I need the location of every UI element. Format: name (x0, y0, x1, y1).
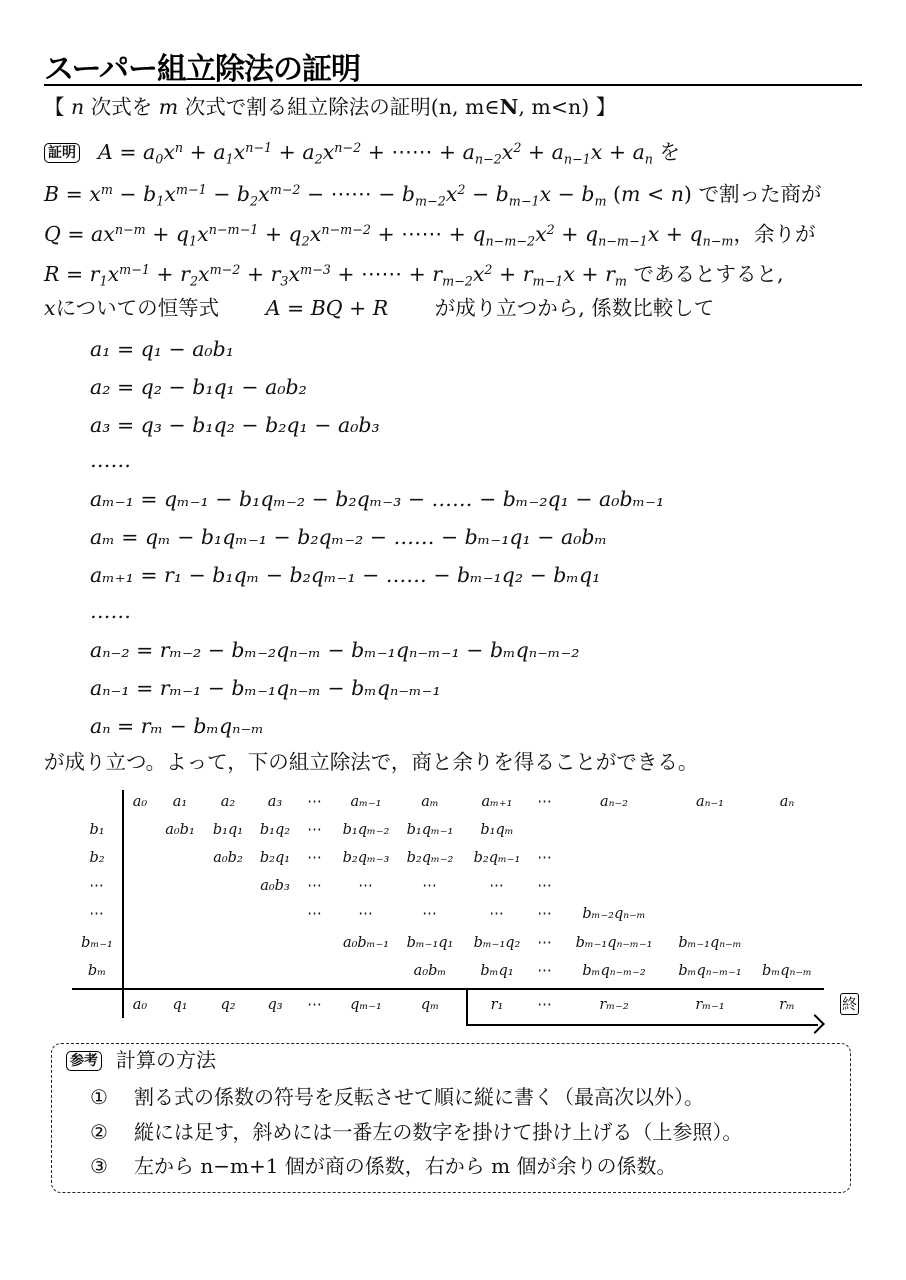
table-cell: q₁ (172, 997, 187, 1013)
table-cell: r₁ (491, 997, 504, 1013)
row-label: bₘ₋₁ (81, 935, 113, 951)
item-number: ① (90, 1083, 134, 1111)
line-Q: Q = axn−m + q1xn−m−1 + q2xn−m−2 + ⋯⋯ + q… (44, 215, 815, 256)
table-cell: b₁qₘ (480, 822, 513, 838)
remainder-bracket-bottom (466, 1024, 818, 1026)
table-cell: a₀ (133, 794, 147, 810)
table-cell: b₁q₁ (213, 822, 243, 838)
arrow-right-icon (805, 1014, 825, 1034)
table-cell: b₂qₘ₋₂ (407, 850, 454, 866)
subtitle-text-2: 次式で割る組立除法の証明 (178, 95, 431, 119)
row-label: b₂ (89, 850, 104, 866)
table-cell: ⋯ (307, 850, 323, 866)
line-identity: xについての恒等式 A = BQ + R が成り立つから, 係数比較して (44, 293, 714, 323)
equation-n: aₙ = rₘ − bₘqₙ₋ₘ (90, 711, 264, 741)
table-cell: ⋯ (422, 878, 438, 894)
identity-equation: A = BQ + R (266, 296, 389, 320)
table-cell: bₘ₋₁qₙ₋ₘ₋₁ (576, 935, 653, 951)
bracket-close: 】 (596, 95, 617, 119)
table-cell: ⋯ (537, 963, 553, 979)
table-cell: a₃ (268, 794, 282, 810)
table-cell: ⋯ (307, 794, 323, 810)
row-label: b₁ (89, 822, 104, 838)
table-cell: ⋯ (537, 794, 553, 810)
table-cell: a₀b₁ (165, 822, 195, 838)
table-cell: aₙ₋₁ (696, 794, 724, 810)
equation-ellipsis-2: …… (90, 596, 131, 626)
table-cell: a₀ (133, 997, 147, 1013)
title-underline (44, 84, 862, 86)
table-cell: a₀b₂ (213, 850, 243, 866)
proof-badge: 証明 (44, 143, 80, 163)
line-Q-tail: ，余りが (733, 222, 815, 246)
table-cell: a₂ (221, 794, 235, 810)
table-cell: ⋯ (537, 935, 553, 951)
table-cell: b₂qₘ₋₁ (474, 850, 521, 866)
table-cell: bₘqₙ₋ₘ₋₂ (582, 963, 645, 979)
table-cell: rₘ₋₁ (695, 997, 724, 1013)
equation-2: a₂ = q₂ − b₁q₁ − a₀b₂ (90, 372, 307, 402)
table-cell: b₂q₁ (260, 850, 290, 866)
table-cell: b₁qₘ₋₁ (407, 822, 454, 838)
equation-n-minus-2: aₙ₋₂ = rₘ₋₂ − bₘ₋₂qₙ₋ₘ − bₘ₋₁qₙ₋ₘ₋₁ − bₘ… (90, 635, 580, 665)
table-cell: rₘ (779, 997, 795, 1013)
table-cell: aₙ (780, 794, 795, 810)
table-cell: q₃ (267, 997, 282, 1013)
table-cell: ⋯ (307, 997, 323, 1013)
subtitle-cond: (n, m∈ (431, 95, 500, 119)
natural-numbers-symbol: N (500, 95, 519, 119)
table-cell: ⋯ (489, 906, 505, 922)
page-title: スーパー組立除法の証明 (44, 44, 360, 88)
table-cell: ⋯ (422, 906, 438, 922)
table-cell: b₁qₘ₋₂ (343, 822, 390, 838)
row-label: bₘ (88, 963, 106, 979)
equation-ellipsis-1: …… (90, 445, 131, 475)
table-cell: ⋯ (489, 878, 505, 894)
conclusion: が成り立つ。よって，下の組立除法で，商と余りを得ることができる。 (44, 747, 698, 777)
remainder-bracket-left (466, 988, 468, 1026)
table-cell: ⋯ (358, 906, 374, 922)
equation-3: a₃ = q₃ − b₁q₂ − b₂q₁ − a₀b₃ (90, 410, 380, 440)
table-cell: bₘqₙ₋ₘ₋₁ (678, 963, 741, 979)
table-cell: ⋯ (537, 906, 553, 922)
reference-badge: 参考 (66, 1051, 102, 1071)
line-B: B = xm − b1xm−1 − b2xm−2 − ⋯⋯ − bm−2x2 −… (44, 175, 821, 216)
table-cell: bₘ₋₁q₂ (474, 935, 521, 951)
reference-item-2: ②縦には足す，斜めには一番左の数字を掛けて掛け上げる（上参照）。 (90, 1118, 742, 1146)
reference-heading-text: 計算の方法 (116, 1048, 216, 1072)
table-cell: q₂ (220, 997, 235, 1013)
table-cell: bₘ₋₁qₙ₋ₘ (678, 935, 741, 951)
table-cell: ⋯ (307, 906, 323, 922)
identity-post: が成り立つから, 係数比較して (435, 296, 715, 320)
identity-pre: についての恒等式 (56, 296, 220, 320)
table-cell: a₀bₘ₋₁ (343, 935, 389, 951)
table-cell: qₘ (421, 997, 439, 1013)
table-cell: ⋯ (537, 850, 553, 866)
reference-item-3: ③左から n−m+1 個が商の係数，右から m 個が余りの係数。 (90, 1152, 676, 1180)
table-cell: a₀bₘ (414, 963, 447, 979)
table-cell: bₘ₋₁q₁ (407, 935, 454, 951)
row-label: ⋯ (89, 906, 105, 922)
table-cell: a₀b₃ (260, 878, 290, 894)
table-cell: aₘ₊₁ (481, 794, 512, 810)
equation-1: a₁ = q₁ − a₀b₁ (90, 334, 234, 364)
table-cell: ⋯ (537, 997, 553, 1013)
table-cell: aₘ (421, 794, 439, 810)
table-cell: ⋯ (358, 878, 374, 894)
row-label: ⋯ (89, 878, 105, 894)
line-R-tail: であるとすると, (627, 262, 784, 286)
line-B-tail: で割った商が (692, 182, 822, 206)
subtitle: 【 n 次式を m 次式で割る組立除法の証明(n, m∈N, m<n) 】 (44, 92, 616, 122)
equation-m-minus-1: aₘ₋₁ = qₘ₋₁ − b₁qₘ₋₂ − b₂qₘ₋₃ − …… − bₘ₋… (90, 484, 664, 514)
reference-heading: 参考計算の方法 (66, 1046, 216, 1074)
line-R: R = r1xm−1 + r2xm−2 + r3xm−3 + ⋯⋯ + rm−2… (44, 255, 784, 296)
bracket-open: 【 (44, 95, 65, 119)
table-cell: a₁ (173, 794, 187, 810)
subtitle-cond-2: , m<n) (518, 95, 589, 119)
var-n: n (71, 95, 84, 119)
table-cell: b₂qₘ₋₃ (343, 850, 390, 866)
end-badge: 終 (840, 993, 859, 1015)
table-vertical-rule (122, 790, 124, 1018)
table-horizontal-rule (72, 988, 824, 990)
reference-item-1: ①割る式の係数の符号を反転させて順に縦に書く（最高次以外）。 (90, 1083, 704, 1111)
table-cell: b₁q₂ (260, 822, 290, 838)
table-cell: rₘ₋₂ (599, 997, 628, 1013)
table-cell: ⋯ (537, 878, 553, 894)
subtitle-text-1: 次式を (84, 95, 159, 119)
var-m: m (159, 95, 178, 119)
item-number: ③ (90, 1152, 134, 1180)
item-number: ② (90, 1118, 134, 1146)
equation-m: aₘ = qₘ − b₁qₘ₋₁ − b₂qₘ₋₂ − …… − bₘ₋₁q₁ … (90, 522, 607, 552)
item-text: 左から n−m+1 個が商の係数，右から m 個が余りの係数。 (134, 1154, 676, 1178)
table-cell: bₘ₋₂qₙ₋ₘ (582, 906, 645, 922)
table-cell: ⋯ (307, 878, 323, 894)
line-A-tail: を (653, 140, 680, 164)
item-text: 縦には足す，斜めには一番左の数字を掛けて掛け上げる（上参照）。 (134, 1120, 742, 1144)
equation-n-minus-1: aₙ₋₁ = rₘ₋₁ − bₘ₋₁qₙ₋ₘ − bₘqₙ₋ₘ₋₁ (90, 673, 441, 703)
table-cell: qₘ₋₁ (350, 997, 382, 1013)
line-A: 証明A = a0xn + a1xn−1 + a2xn−2 + ⋯⋯ + an−2… (44, 133, 680, 174)
table-cell: aₘ₋₁ (350, 794, 381, 810)
table-cell: bₘqₙ₋ₘ (762, 963, 812, 979)
table-cell: ⋯ (307, 822, 323, 838)
item-text: 割る式の係数の符号を反転させて順に縦に書く（最高次以外）。 (134, 1085, 704, 1109)
table-cell: aₙ₋₂ (600, 794, 628, 810)
equation-m-plus-1: aₘ₊₁ = r₁ − b₁qₘ − b₂qₘ₋₁ − …… − bₘ₋₁q₂ … (90, 560, 600, 590)
table-cell: bₘq₁ (480, 963, 513, 979)
